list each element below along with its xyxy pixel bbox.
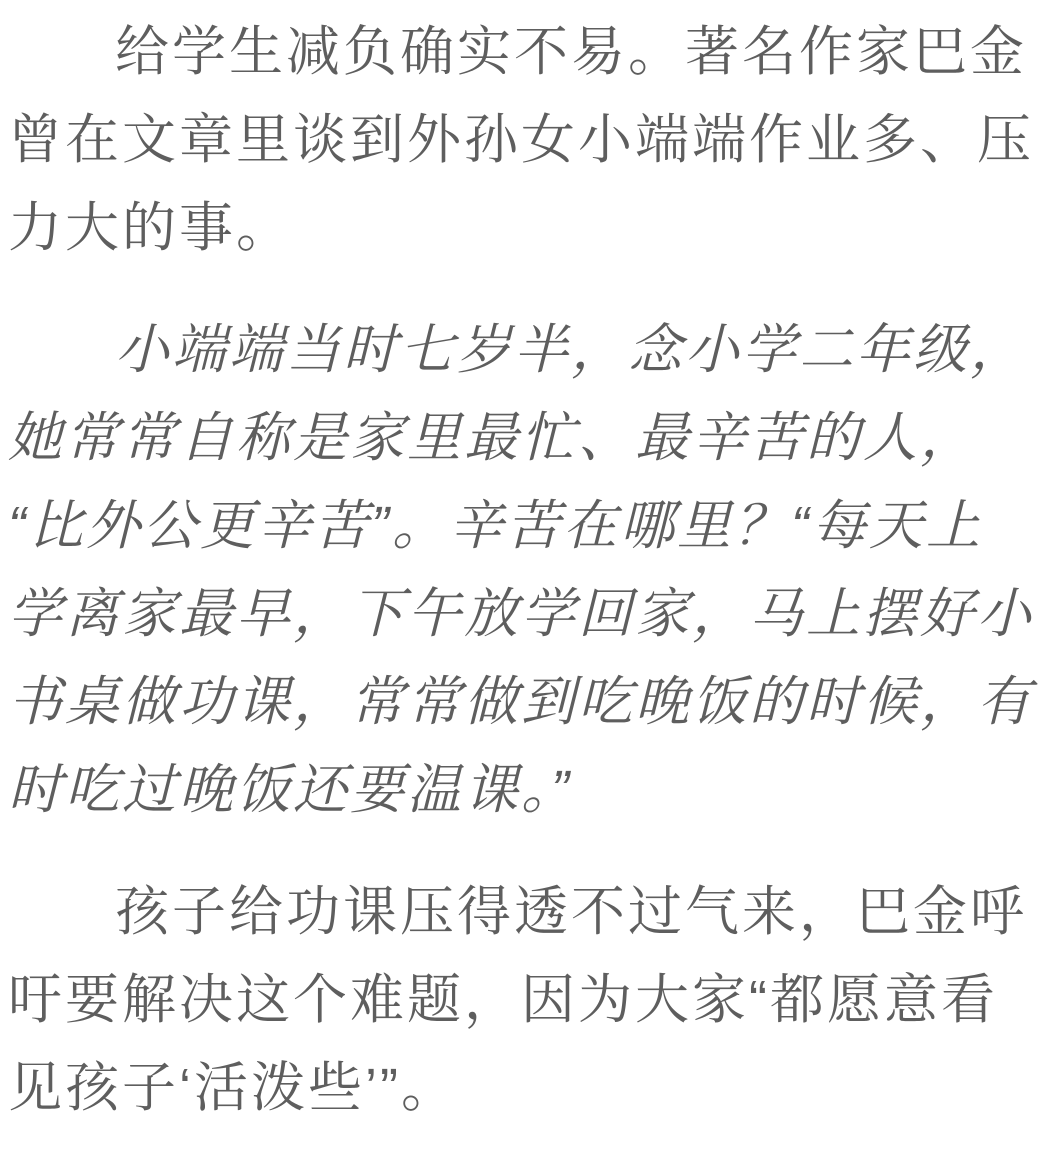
text-line: 孩子给功课压得透不过气来，巴金呼 (8, 868, 1043, 956)
article-page: 给学生减负确实不易。著名作家巴金 曾在文章里谈到外孙女小端端作业多、压 力大的事… (0, 0, 1049, 1132)
text-line: 小端端当时七岁半，念小学二年级， (8, 306, 1043, 394)
paragraph-conclusion: 孩子给功课压得透不过气来，巴金呼 吁要解决这个难题，因为大家“都愿意看 见孩子‘… (8, 868, 1043, 1132)
text-line: 学离家最早，下午放学回家，马上摆好小 (8, 570, 1043, 658)
text-line: 见孩子‘活泼些’”。 (8, 1044, 1043, 1132)
text-line: 她常常自称是家里最忙、最辛苦的人， (8, 394, 1043, 482)
text-line: 吁要解决这个难题，因为大家“都愿意看 (8, 956, 1043, 1044)
paragraph-quote: 小端端当时七岁半，念小学二年级， 她常常自称是家里最忙、最辛苦的人， “比外公更… (8, 306, 1043, 834)
paragraph-intro: 给学生减负确实不易。著名作家巴金 曾在文章里谈到外孙女小端端作业多、压 力大的事… (8, 8, 1043, 272)
text-line: 曾在文章里谈到外孙女小端端作业多、压 (8, 96, 1043, 184)
text-line: 时吃过晚饭还要温课。” (8, 746, 1043, 834)
text-line: 给学生减负确实不易。著名作家巴金 (8, 8, 1043, 96)
text-line: 书桌做功课，常常做到吃晚饭的时候，有 (8, 658, 1043, 746)
text-line: 力大的事。 (8, 184, 1043, 272)
text-line: “比外公更辛苦”。辛苦在哪里？“每天上 (8, 482, 1043, 570)
